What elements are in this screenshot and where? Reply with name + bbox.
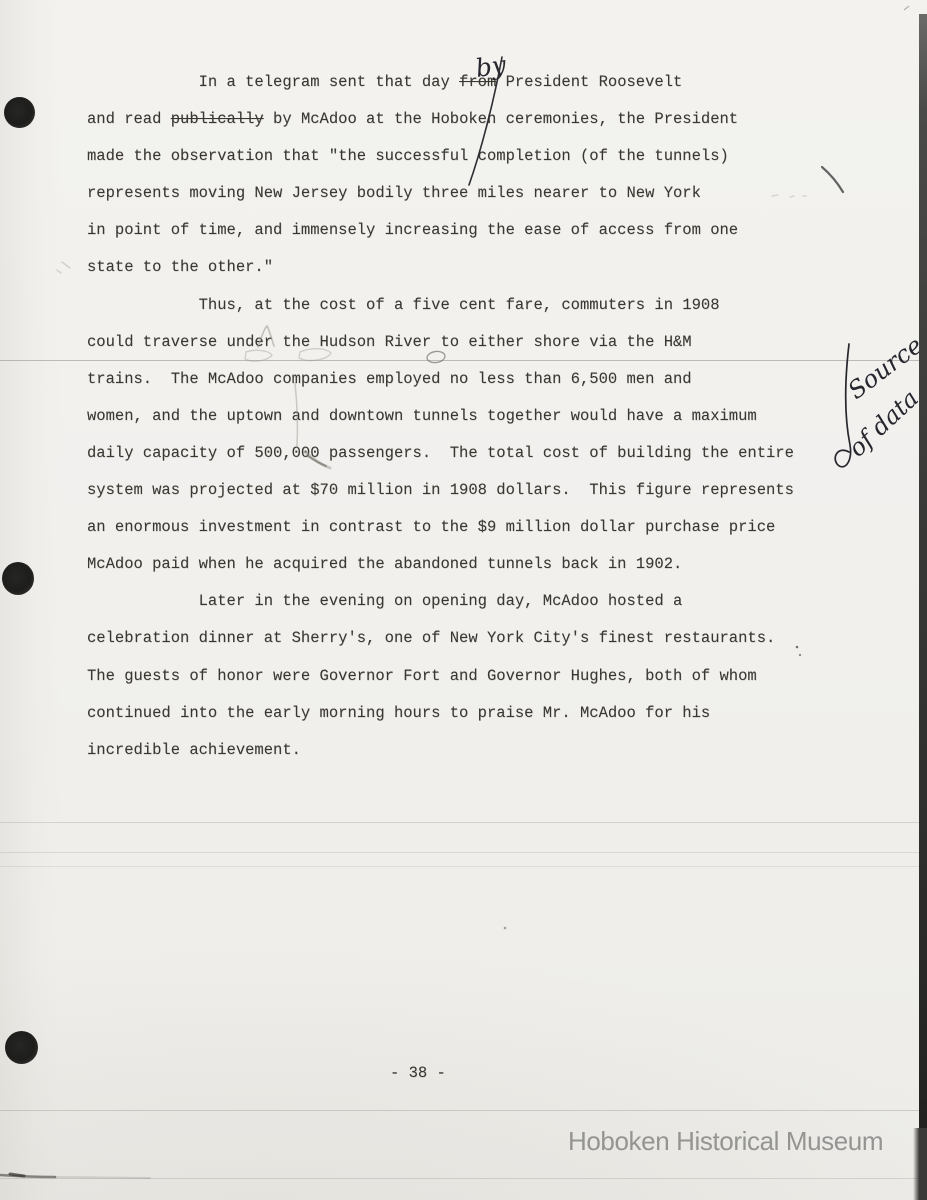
typed-line: represents moving New Jersey bodily thre… [87,175,794,212]
text-segment: by McAdoo at the Hoboken ceremonies, the… [264,110,738,128]
paper-crease [0,1110,919,1111]
typed-line: system was projected at $70 million in 1… [87,472,794,509]
scanned-page: In a telegram sent that day from Preside… [0,0,927,1200]
text-segment: state to the other." [87,258,273,276]
margin-note-line2: of data [843,384,924,462]
text-segment: system was projected at $70 million in 1… [87,481,794,499]
text-segment: Thus, at the cost of a five cent fare, c… [87,296,720,314]
typed-line: and read publically by McAdoo at the Hob… [87,101,794,138]
typed-text-block: In a telegram sent that day from Preside… [87,64,794,769]
text-segment: and read [87,110,171,128]
hole-punch-bottom [5,1031,38,1064]
typed-line: In a telegram sent that day from Preside… [87,64,794,101]
margin-note-bracket [835,344,850,467]
typed-line: continued into the early morning hours t… [87,695,794,732]
text-segment: trains. The McAdoo companies employed no… [87,370,692,388]
paper-crease [0,822,919,823]
struck-word: publically [171,110,264,128]
paper-crease [0,1178,919,1179]
paper-crease [0,866,919,867]
text-segment: McAdoo paid when he acquired the abandon… [87,555,682,573]
page-number: - 38 - [390,1055,446,1092]
typed-line: trains. The McAdoo companies employed no… [87,361,794,398]
hole-punch-middle [2,562,34,595]
hole-punch-top [4,97,35,128]
text-segment: incredible achievement. [87,741,301,759]
text-segment: Later in the evening on opening day, McA… [87,592,682,610]
typed-line: McAdoo paid when he acquired the abandon… [87,546,794,583]
watermark-text: Hoboken Historical Museum [568,1123,883,1159]
text-segment: daily capacity of 500,000 passengers. Th… [87,444,794,462]
text-segment: made the observation that "the successfu… [87,147,729,165]
struck-word: from [459,73,496,91]
typed-line: made the observation that "the successfu… [87,138,794,175]
text-segment: represents moving New Jersey bodily thre… [87,184,701,202]
typed-line: could traverse under the Hudson River to… [87,324,794,361]
scan-edge-shadow [919,14,927,1200]
text-segment: In a telegram sent that day [87,73,459,91]
typed-line: women, and the uptown and downtown tunne… [87,398,794,435]
text-segment: an enormous investment in contrast to th… [87,518,775,536]
typed-line: celebration dinner at Sherry's, one of N… [87,620,794,657]
margin-note-line1: Source [843,331,927,405]
typed-line: daily capacity of 500,000 passengers. Th… [87,435,794,472]
typed-line: state to the other." [87,249,794,286]
text-segment: could traverse under the Hudson River to… [87,333,692,351]
scan-edge-shadow-blob [913,1128,927,1200]
typed-line: incredible achievement. [87,732,794,769]
typed-line: in point of time, and immensely increasi… [87,212,794,249]
text-segment: celebration dinner at Sherry's, one of N… [87,629,775,647]
typed-line: an enormous investment in contrast to th… [87,509,794,546]
text-segment: President Roosevelt [496,73,682,91]
typed-line: Later in the evening on opening day, McA… [87,583,794,620]
pen-stroke-top-right [822,167,843,192]
text-segment: in point of time, and immensely increasi… [87,221,738,239]
typed-line: The guests of honor were Governor Fort a… [87,658,794,695]
text-segment: women, and the uptown and downtown tunne… [87,407,757,425]
text-segment: The guests of honor were Governor Fort a… [87,667,757,685]
typed-line: Thus, at the cost of a five cent fare, c… [87,287,794,324]
paper-crease [0,852,919,853]
text-segment: continued into the early morning hours t… [87,704,710,722]
margin-note-source-of-data: Source of data [835,331,927,467]
